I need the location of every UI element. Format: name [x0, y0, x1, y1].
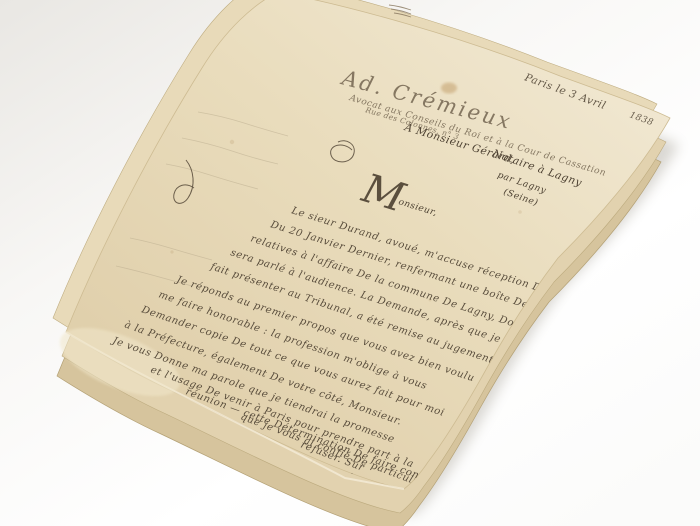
photo-of-letter: Ad. Crémieux Avocat aux Conseils du Roi … [0, 0, 700, 526]
letter-photo-canvas: Ad. Crémieux Avocat aux Conseils du Roi … [0, 0, 700, 526]
